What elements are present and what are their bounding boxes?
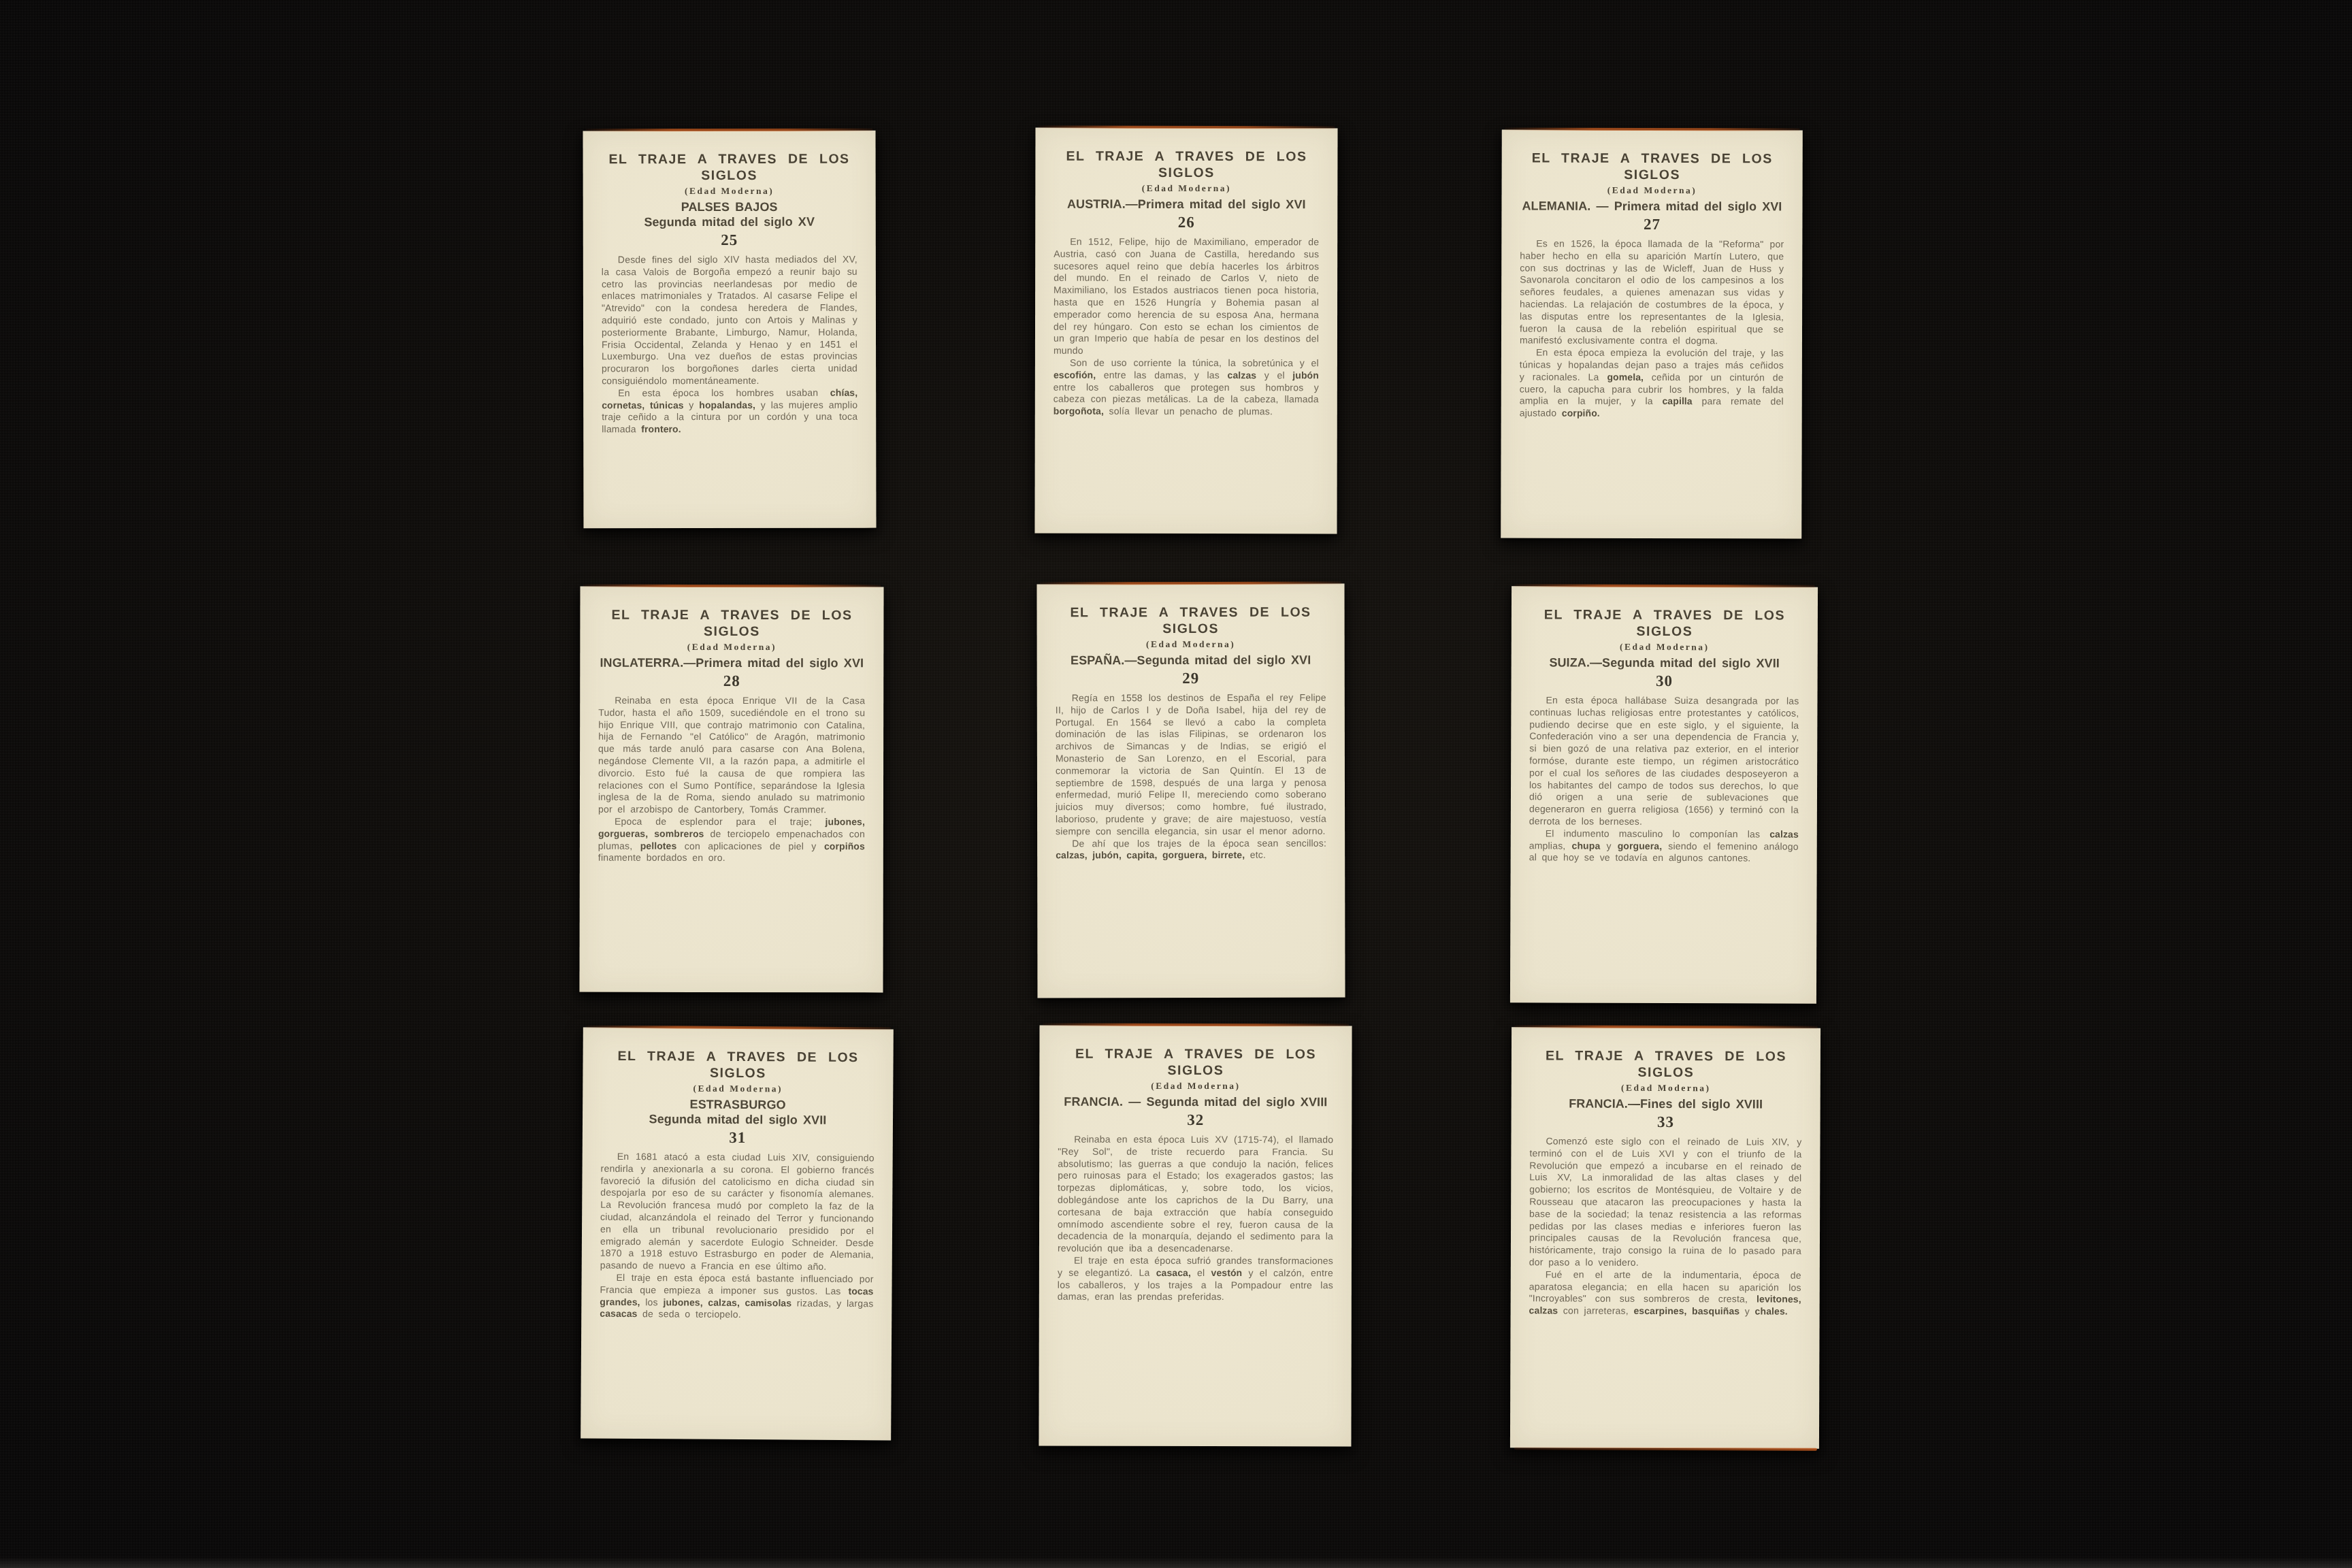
card-heading-line: ALEMANIA. — Primera mitad del siglo XVI [1520,198,1784,214]
card-heading: FRANCIA. — Segunda mitad del siglo XVIII [1058,1094,1333,1110]
series-era: (Edad Moderna) [1058,1080,1333,1092]
card-paragraph: En 1512, Felipe, hijo de Maximiliano, em… [1053,236,1319,358]
series-title: EL TRAJE A TRAVES DE LOS SIGLOS [601,1048,875,1082]
card-heading: AUSTRIA.—Primera mitad del siglo XVI [1053,197,1319,212]
card-heading-line: PALSES BAJOS [602,199,857,215]
card-body: Reinaba en esta época Luis XV (1715-74),… [1058,1134,1333,1304]
card-paragraph: Son de uso corriente la túnica, la sobre… [1053,357,1319,419]
series-title: EL TRAJE A TRAVES DE LOS SIGLOS [1053,148,1319,182]
series-era: (Edad Moderna) [598,641,865,653]
card-number: 32 [1058,1111,1333,1130]
card-heading-line: AUSTRIA.—Primera mitad del siglo XVI [1053,197,1319,212]
series-title: EL TRAJE A TRAVES DE LOS SIGLOS [1530,606,1799,640]
card-heading-line: SUIZA.—Segunda mitad del siglo XVII [1530,655,1799,670]
card-number: 33 [1530,1112,1802,1131]
card-heading: ALEMANIA. — Primera mitad del siglo XVI [1520,198,1784,214]
card-paragraph: El traje en esta época está bastante inf… [600,1272,873,1322]
card-paragraph: En esta época empieza la evolución del t… [1520,347,1784,421]
trading-card-32: EL TRAJE A TRAVES DE LOS SIGLOS (Edad Mo… [1039,1026,1352,1447]
card-heading-line: Segunda mitad del siglo XV [602,214,857,230]
card-body: En 1512, Felipe, hijo de Maximiliano, em… [1053,236,1319,419]
card-heading-line: FRANCIA.—Fines del siglo XVIII [1530,1096,1802,1111]
card-heading-line: ESTRASBURGO [601,1096,875,1113]
card-heading: ESTRASBURGOSegunda mitad del siglo XVII [601,1096,875,1128]
trading-card-30: EL TRAJE A TRAVES DE LOS SIGLOS (Edad Mo… [1510,586,1818,1004]
series-title: EL TRAJE A TRAVES DE LOS SIGLOS [602,151,857,184]
card-body: Regía en 1558 los destinos de España el … [1056,692,1326,862]
card-paragraph: El traje en esta época sufrió grandes tr… [1058,1255,1333,1304]
card-heading: INGLATERRA.—Primera mitad del siglo XVI [598,655,865,671]
card-heading: ESPAÑA.—Segunda mitad del siglo XVI [1056,653,1326,668]
card-body: Comenzó este siglo con el reinado de Lui… [1529,1135,1802,1318]
card-heading-line: FRANCIA. — Segunda mitad del siglo XVIII [1058,1094,1333,1110]
card-number: 25 [602,231,857,250]
series-title: EL TRAJE A TRAVES DE LOS SIGLOS [1058,1046,1333,1079]
card-paragraph: De ahí que los trajes de la época sean s… [1056,837,1326,862]
trading-card-33: EL TRAJE A TRAVES DE LOS SIGLOS (Edad Mo… [1510,1027,1820,1449]
card-number: 31 [601,1128,875,1147]
series-title: EL TRAJE A TRAVES DE LOS SIGLOS [1520,150,1784,183]
trading-card-27: EL TRAJE A TRAVES DE LOS SIGLOS (Edad Mo… [1501,129,1803,538]
series-era: (Edad Moderna) [1520,184,1784,196]
trading-card-29: EL TRAJE A TRAVES DE LOS SIGLOS (Edad Mo… [1036,584,1345,998]
series-era: (Edad Moderna) [601,1082,875,1095]
series-title: EL TRAJE A TRAVES DE LOS SIGLOS [598,607,865,640]
card-paragraph: Desde fines del siglo XIV hasta mediados… [602,254,857,387]
series-title: EL TRAJE A TRAVES DE LOS SIGLOS [1530,1047,1802,1081]
series-era: (Edad Moderna) [1056,638,1326,651]
card-paragraph: En 1681 atacó a esta ciudad Luis XIV, co… [600,1151,875,1273]
card-number: 29 [1056,669,1326,688]
card-paragraph: El indumento masculino lo componían las … [1529,828,1799,865]
card-paragraph: En esta época hallábase Suiza desangrada… [1529,694,1799,828]
card-paragraph: Epoca de esplendor para el traje; jubone… [598,816,865,865]
trading-card-26: EL TRAJE A TRAVES DE LOS SIGLOS (Edad Mo… [1034,128,1337,534]
series-era: (Edad Moderna) [1530,640,1799,653]
card-heading-line: ESPAÑA.—Segunda mitad del siglo XVI [1056,653,1326,668]
trading-card-31: EL TRAJE A TRAVES DE LOS SIGLOS (Edad Mo… [581,1028,894,1441]
series-era: (Edad Moderna) [1053,182,1319,195]
card-heading-line: Segunda mitad del siglo XVII [601,1111,875,1128]
card-paragraph: Reinaba en esta época Luis XV (1715-74),… [1058,1134,1333,1256]
card-body: En esta época hallábase Suiza desangrada… [1529,694,1799,865]
card-heading: SUIZA.—Segunda mitad del siglo XVII [1530,655,1799,670]
card-heading: PALSES BAJOSSegunda mitad del siglo XV [602,199,857,230]
card-paragraph: En esta época los hombres usaban chías, … [602,387,857,436]
trading-card-25: EL TRAJE A TRAVES DE LOS SIGLOS (Edad Mo… [583,131,876,529]
card-heading: FRANCIA.—Fines del siglo XVIII [1530,1096,1802,1111]
card-number: 27 [1520,214,1784,233]
card-body: Es en 1526, la época llamada de la "Refo… [1520,238,1784,420]
card-paragraph: Comenzó este siglo con el reinado de Lui… [1529,1135,1802,1269]
card-body: Reinaba en esta época Enrique VII de la … [598,695,865,865]
card-number: 28 [598,672,865,691]
series-era: (Edad Moderna) [1530,1081,1802,1094]
card-paragraph: Reinaba en esta época Enrique VII de la … [598,695,865,817]
card-number: 26 [1053,213,1319,232]
card-paragraph: Fué en el arte de la indumentaria, época… [1529,1269,1801,1318]
series-era: (Edad Moderna) [602,185,857,197]
card-number: 30 [1530,671,1799,690]
trading-card-28: EL TRAJE A TRAVES DE LOS SIGLOS (Edad Mo… [579,587,883,993]
card-paragraph: Es en 1526, la época llamada de la "Refo… [1520,238,1784,347]
card-body: En 1681 atacó a esta ciudad Luis XIV, co… [600,1151,875,1322]
card-paragraph: Regía en 1558 los destinos de España el … [1056,692,1326,838]
series-title: EL TRAJE A TRAVES DE LOS SIGLOS [1056,604,1326,638]
card-body: Desde fines del siglo XIV hasta mediados… [602,254,857,436]
card-heading-line: INGLATERRA.—Primera mitad del siglo XVI [598,655,865,671]
